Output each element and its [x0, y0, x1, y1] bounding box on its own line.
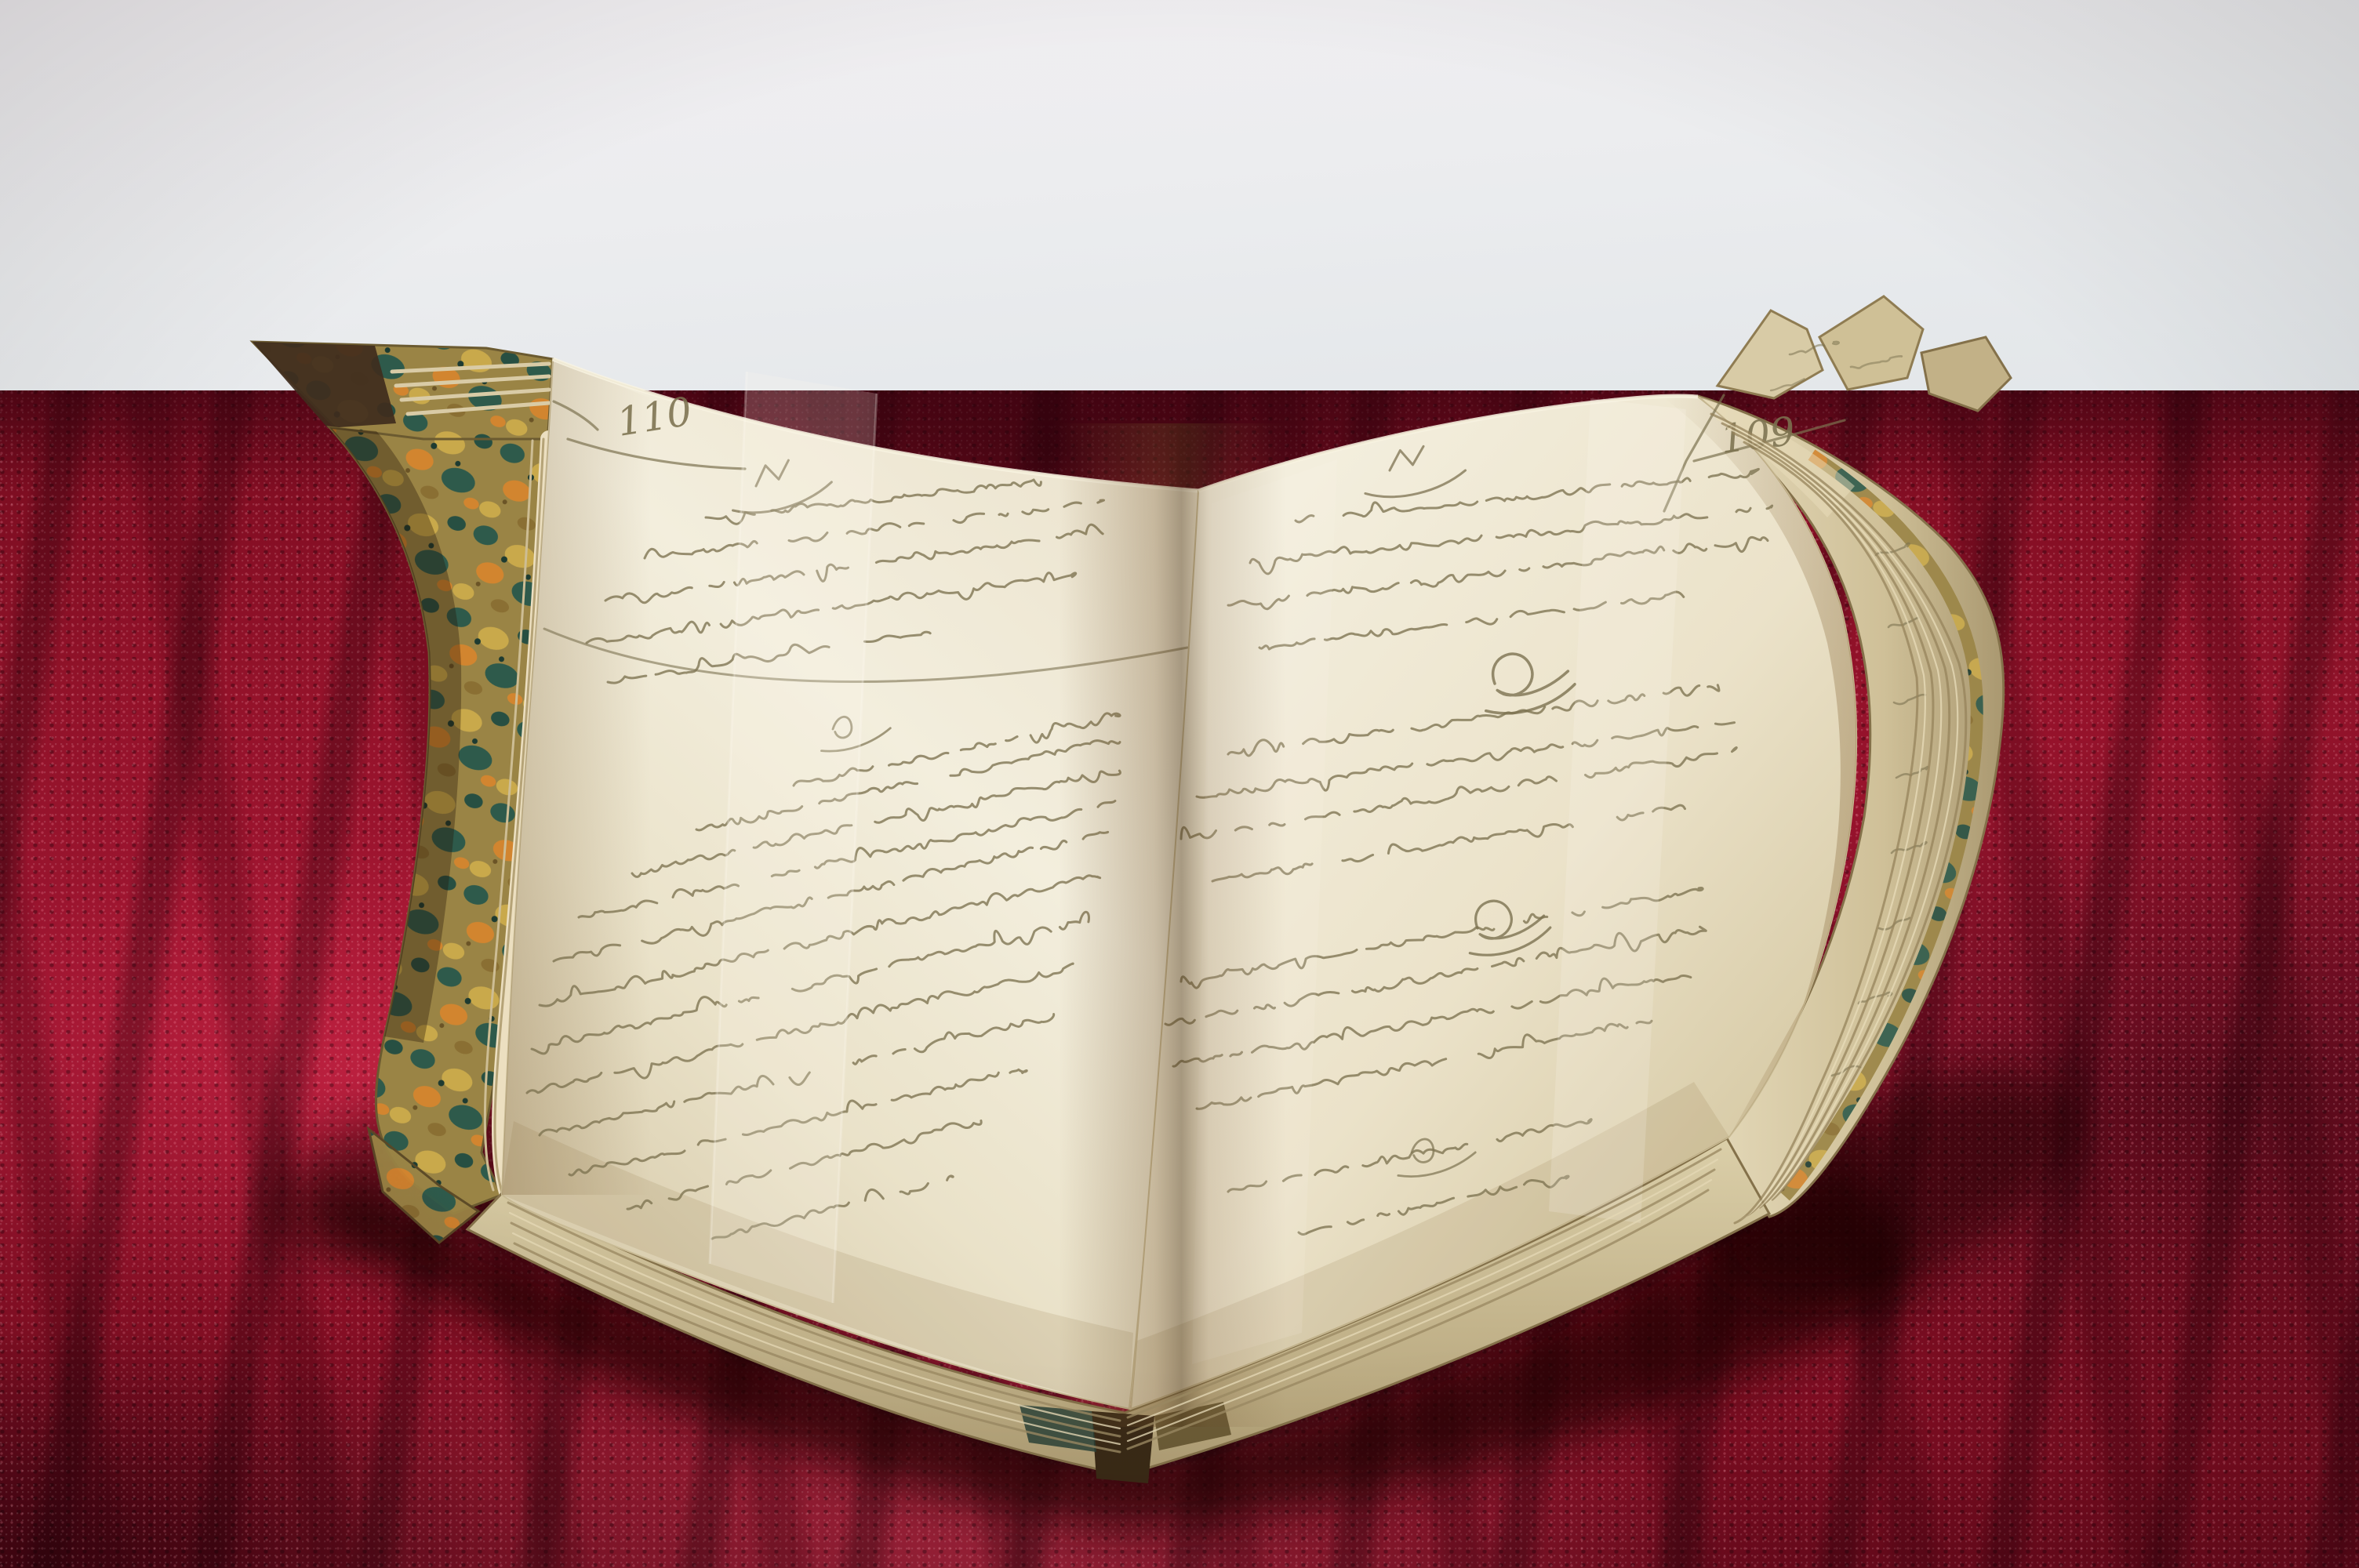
- vignette: [0, 0, 2359, 1568]
- photograph-scene: 110 109: [0, 0, 2359, 1568]
